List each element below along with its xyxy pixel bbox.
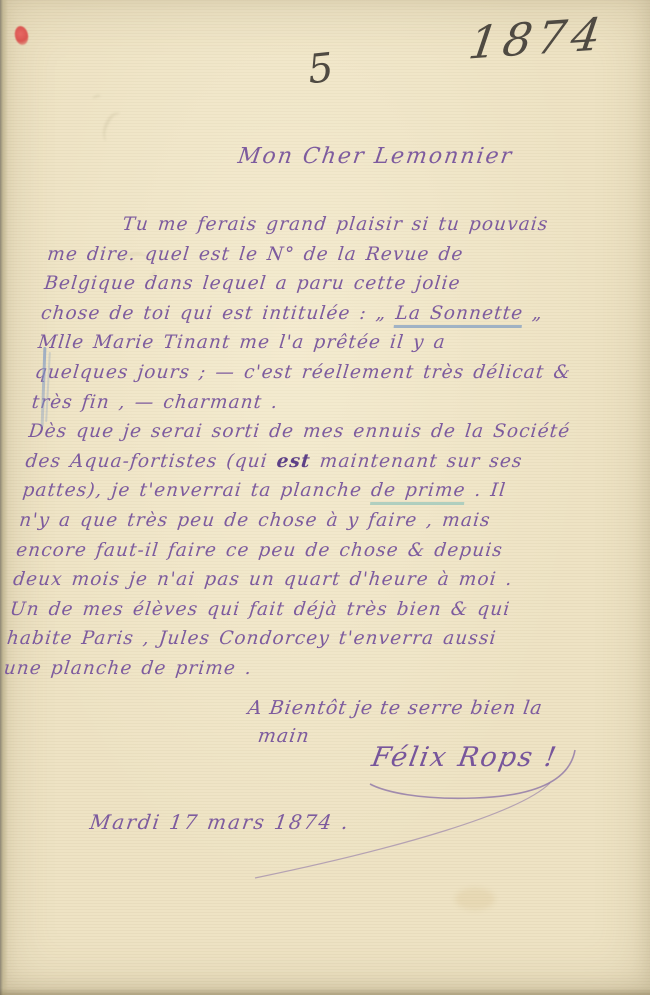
body-text: pattes), je t'enverrai ta planche <box>21 480 372 501</box>
year-inscription: 1874 <box>465 7 609 69</box>
body-line: n'y a que très peu de chose à y faire , … <box>18 506 593 536</box>
body-line: pattes), je t'enverrai ta planche de pri… <box>21 476 596 506</box>
body-text: des Aqua-fortistes (qui <box>24 451 277 472</box>
body-line: me dire. quel est le N° de la Revue de <box>46 240 621 270</box>
date-line: Mardi 17 mars 1874 . <box>88 810 351 834</box>
body-line: Dès que je serai sorti de mes ennuis de … <box>27 417 602 447</box>
paper-left-edge <box>0 0 8 995</box>
salutation: Mon Cher Lemonnier <box>236 144 515 169</box>
body-line: très fin , — charmant . <box>30 388 605 418</box>
emphasized-word-est: est <box>276 451 312 472</box>
body-text: „ <box>522 303 544 324</box>
body-line: Mlle Marie Tinant me l'a prêtée il y a <box>36 328 611 358</box>
page-number-inscription: 5 <box>306 45 336 93</box>
body-line: habite Paris , Jules Condorcey t'enverra… <box>5 624 580 654</box>
closing-line: main <box>256 725 311 747</box>
body-text: chose de toi qui est intitulée : „ <box>40 303 397 324</box>
body-line: Belgique dans lequel a paru cette jolie <box>43 269 618 299</box>
body-line: quelques jours ; — c'est réellement très… <box>33 358 608 388</box>
body-line: une planche de prime . <box>2 654 577 684</box>
body-line: des Aqua-fortistes (qui est maintenant s… <box>24 447 599 477</box>
letter-page: ) ` ( ` 1874 5 Mon Cher Lemonnier Tu me … <box>0 0 650 995</box>
ghost-showthrough-mark: ) ` <box>70 87 127 144</box>
paper-stain <box>455 888 495 910</box>
body-line: Un de mes élèves qui fait déjà très bien… <box>8 595 583 625</box>
title-la-sonnette-underlined: La Sonnette <box>394 303 524 328</box>
body-line: encore faut-il faire ce peu de chose & d… <box>15 536 590 566</box>
body-text: maintenant sur ses <box>310 451 524 472</box>
closing-line: A Bientôt je te serre bien la <box>246 697 544 719</box>
body-line: chose de toi qui est intitulée : „ La So… <box>40 299 615 329</box>
body-text: . Il <box>465 480 508 501</box>
letter-body: Tu me ferais grand plaisir si tu pouvais… <box>2 210 624 684</box>
red-collection-stamp <box>13 25 30 46</box>
body-line: deux mois je n'ai pas un quart d'heure à… <box>12 565 587 595</box>
de-prime-underlined: de prime <box>370 480 467 505</box>
signature: Félix Rops ! <box>369 742 560 773</box>
paper-bottom-shadow <box>0 988 650 995</box>
body-line: Tu me ferais grand plaisir si tu pouvais <box>49 210 624 240</box>
